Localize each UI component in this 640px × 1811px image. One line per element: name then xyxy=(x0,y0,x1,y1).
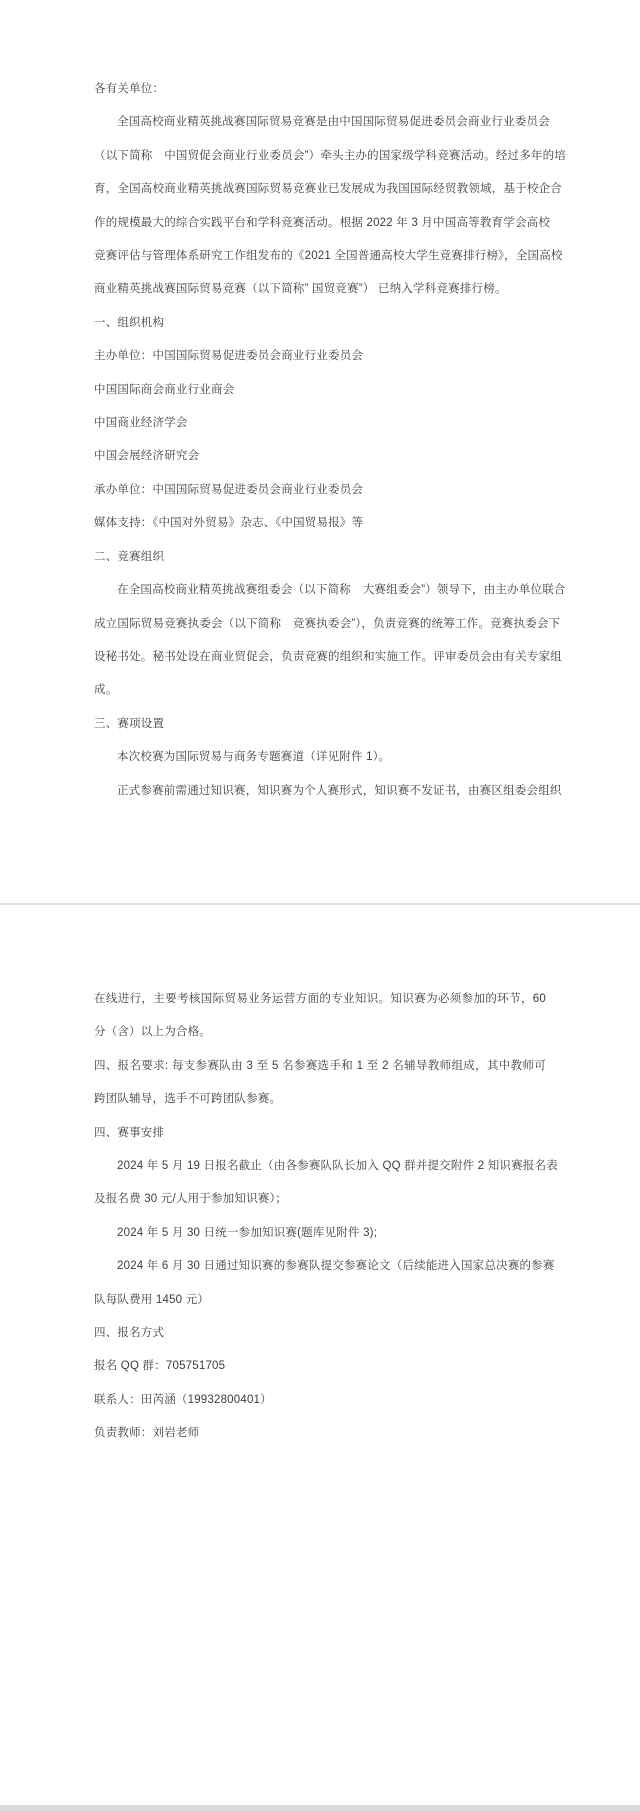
text-line: 四、报名要求: 每支参赛队由 3 至 5 名参赛选手和 1 至 2 名辅导教师组… xyxy=(94,1050,546,1083)
page-break-line xyxy=(0,903,640,905)
text-line: 中国会展经济研究会 xyxy=(94,440,546,473)
text-line: 一、组织机构 xyxy=(94,307,546,340)
document-viewport: 各有关单位：全国高校商业精英挑战赛国际贸易竞赛是由中国国际贸易促进委员会商业行业… xyxy=(0,0,640,1811)
text-line: 负责教师：刘岩老师 xyxy=(94,1417,546,1450)
text-line: 二、竞赛组织 xyxy=(94,541,546,574)
text-line: 承办单位：中国国际贸易促进委员会商业行业委员会 xyxy=(94,474,546,507)
text-line: 2024 年 6 月 30 日通过知识赛的参赛队提交参赛论文（后续能进入国家总决… xyxy=(94,1250,546,1283)
text-line: 中国国际商会商业行业商会 xyxy=(94,374,546,407)
text-line: 全国高校商业精英挑战赛国际贸易竞赛是由中国国际贸易促进委员会商业行业委员会 xyxy=(94,106,546,139)
text-line: 2024 年 5 月 30 日统一参加知识赛(题库见附件 3); xyxy=(94,1217,546,1250)
text-line: 队每队费用 1450 元） xyxy=(94,1284,546,1317)
text-line: （以下简称 中国贸促会商业行业委员会”）牵头主办的国家级学科竞赛活动。经过多年的… xyxy=(94,140,546,173)
text-line: 中国商业经济学会 xyxy=(94,407,546,440)
text-line: 在全国高校商业精英挑战赛组委会（以下简称 大赛组委会”）领导下，由主办单位联合 xyxy=(94,574,546,607)
text-line: 三、赛项设置 xyxy=(94,708,546,741)
text-line: 作的规模最大的综合实践平台和学科竞赛活动。根据 2022 年 3 月中国高等教育… xyxy=(94,207,546,240)
page-1-text: 各有关单位：全国高校商业精英挑战赛国际贸易竞赛是由中国国际贸易促进委员会商业行业… xyxy=(94,73,546,808)
text-line: 本次校赛为国际贸易与商务专题赛道（详见附件 1）。 xyxy=(94,741,546,774)
text-line: 分（含）以上为合格。 xyxy=(94,1016,546,1049)
text-line: 联系人：田芮涵（19932800401） xyxy=(94,1384,546,1417)
next-page-edge xyxy=(0,1805,640,1811)
text-line: 成立国际贸易竞赛执委会（以下简称 竞赛执委会”），负责竞赛的统筹工作。竞赛执委会… xyxy=(94,608,546,641)
text-line: 2024 年 5 月 19 日报名截止（由各参赛队队长加入 QQ 群并提交附件 … xyxy=(94,1150,546,1183)
text-line: 及报名费 30 元/人用于参加知识赛）； xyxy=(94,1183,546,1216)
text-line: 主办单位：中国国际贸易促进委员会商业行业委员会 xyxy=(94,340,546,373)
text-line: 育，全国高校商业精英挑战赛国际贸易竞赛业已发展成为我国国际经贸教领域，基于校企合 xyxy=(94,173,546,206)
text-line: 正式参赛前需通过知识赛，知识赛为个人赛形式，知识赛不发证书，由赛区组委会组织 xyxy=(94,775,546,808)
page-2-text: 在线进行，主要考核国际贸易业务运营方面的专业知识。知识赛为必须参加的环节，60分… xyxy=(94,983,546,1451)
text-line: 报名 QQ 群：705751705 xyxy=(94,1350,546,1383)
text-line: 设秘书处。秘书处设在商业贸促会，负责竞赛的组织和实施工作。评审委员会由有关专家组 xyxy=(94,641,546,674)
text-line: 竞赛评估与管理体系研究工作组发布的《2021 全国普通高校大学生竞赛排行榜》，全… xyxy=(94,240,546,273)
text-line: 四、报名方式 xyxy=(94,1317,546,1350)
text-line: 在线进行，主要考核国际贸易业务运营方面的专业知识。知识赛为必须参加的环节，60 xyxy=(94,983,546,1016)
text-line: 各有关单位： xyxy=(94,73,546,106)
text-line: 媒体支持：《中国对外贸易》杂志、《中国贸易报》等 xyxy=(94,507,546,540)
text-line: 四、赛事安排 xyxy=(94,1117,546,1150)
text-line: 成。 xyxy=(94,674,546,707)
text-line: 跨团队辅导，选手不可跨团队参赛。 xyxy=(94,1083,546,1116)
text-line: 商业精英挑战赛国际贸易竞赛（以下简称” 国贸竞赛”） 已纳入学科竞赛排行榜。 xyxy=(94,273,546,306)
